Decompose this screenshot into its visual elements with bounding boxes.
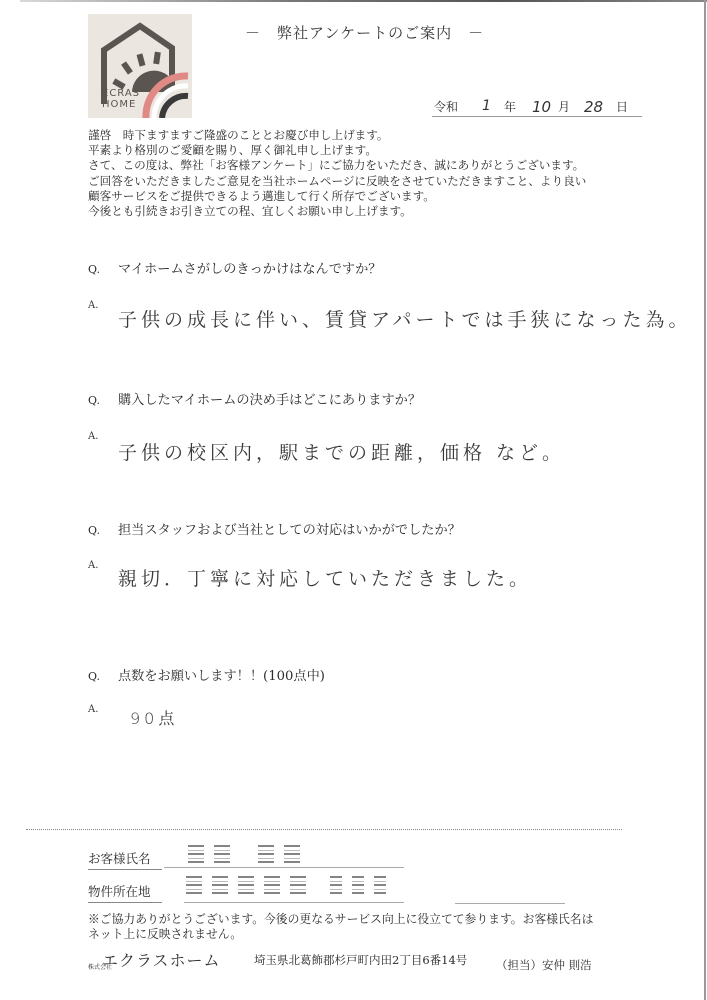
property-location-underline-right [455, 903, 565, 904]
dotted-divider [26, 829, 622, 830]
question-4: Q.点数をお願いします！！(100点中) [88, 665, 325, 684]
staff-in-charge: （担当）安仲 則浩 [496, 957, 592, 973]
question-text: マイホームさがしのきっかけはなんですか？ [118, 262, 381, 277]
a-label: A. [88, 704, 98, 715]
question-text: 点数をお願いします！！(100点中) [118, 669, 325, 684]
a-label: A. [88, 560, 98, 571]
scan-edge-top [20, 0, 707, 2]
note-line: ネット上に反映されません。 [88, 927, 668, 942]
logo-text-ecras: ECRAS [102, 88, 140, 99]
intro-line: 謹啓 時下ますますご隆盛のこととお慶び申し上げます。 [88, 128, 668, 143]
intro-paragraph: 謹啓 時下ますますご隆盛のこととお慶び申し上げます。 平素より格別のご愛顧を賜り… [88, 128, 668, 219]
company-name-block: 株式会社 エクラスホーム [88, 948, 221, 971]
customer-name-redacted [188, 845, 300, 863]
property-location-underline [184, 902, 404, 903]
q-label: Q. [88, 394, 118, 407]
q-label: Q. [88, 263, 118, 276]
customer-name-underline [164, 867, 404, 868]
property-location-redacted [186, 876, 386, 894]
q-label: Q. [88, 670, 118, 683]
date-month-unit: 月 [558, 98, 570, 115]
question-text: 担当スタッフおよび当社としての対応はいかがでしたか？ [118, 523, 461, 538]
intro-line: 今後とも引続きお引き立ての程、宜しくお願い申し上げます。 [88, 204, 668, 219]
intro-line: ご回答をいただきましたご意見を当社ホームページに反映をさせていただきますこと、よ… [88, 174, 668, 189]
intro-line: 平素より格別のご愛顧を賜り、厚く御礼申し上げます。 [88, 143, 668, 158]
q-label: Q. [88, 524, 118, 537]
date-era: 令和 [434, 98, 458, 115]
note-line: ※ご協力ありがとうございます。今後の更なるサービス向上に役立てて参ります。お客様… [88, 912, 668, 927]
page-title: － 弊社アンケートのご案内 － [245, 22, 484, 43]
question-3: Q.担当スタッフおよび当社としての対応はいかがでしたか？ [88, 519, 461, 538]
date-year-unit: 年 [504, 98, 516, 115]
date-year: 1 [482, 98, 491, 114]
answer-4: 90点 [130, 706, 178, 729]
question-text: 購入したマイホームの決め手はどこにありますか？ [118, 393, 421, 408]
date-month: 10 [532, 98, 551, 116]
answer-3: 親切．丁寧に対応していただきました。 [118, 564, 532, 591]
company-logo: ECRAS HOME [88, 14, 192, 118]
intro-line: さて、この度は、弊社「お客様アンケート」にご協力をいただき、誠にありがとうござい… [88, 158, 668, 173]
answer-1: 子供の成長に伴い、賃貸アパートでは手狭になった為。 [118, 305, 691, 332]
privacy-note: ※ご協力ありがとうございます。今後の更なるサービス向上に役立てて参ります。お客様… [88, 912, 668, 942]
question-1: Q.マイホームさがしのきっかけはなんですか？ [88, 258, 381, 277]
question-2: Q.購入したマイホームの決め手はどこにありますか？ [88, 389, 421, 408]
logo-text-home: HOME [102, 99, 140, 110]
date-day: 28 [584, 98, 603, 116]
staff-name: 安仲 則浩 [542, 958, 592, 972]
date-day-unit: 日 [616, 98, 628, 115]
a-label: A. [88, 300, 98, 311]
scan-edge-right [704, 0, 706, 1000]
staff-label: （担当） [496, 958, 542, 972]
customer-name-label: お客様氏名 [88, 849, 162, 870]
property-location-label: 物件所在地 [88, 882, 162, 903]
intro-line: 顧客サービスをご提供できるよう邁進して行く所存でございます。 [88, 189, 668, 204]
company-address: 埼玉県北葛飾郡杉戸町内田2丁目6番14号 [254, 952, 467, 968]
company-prefix: 株式会社 [88, 964, 100, 971]
company-name: エクラスホーム [102, 948, 221, 971]
a-label: A. [88, 431, 98, 442]
answer-2: 子供の校区内，駅までの距離，価格 など。 [118, 438, 565, 465]
date-field: 令和 1 年 10 月 28 日 [432, 96, 642, 117]
